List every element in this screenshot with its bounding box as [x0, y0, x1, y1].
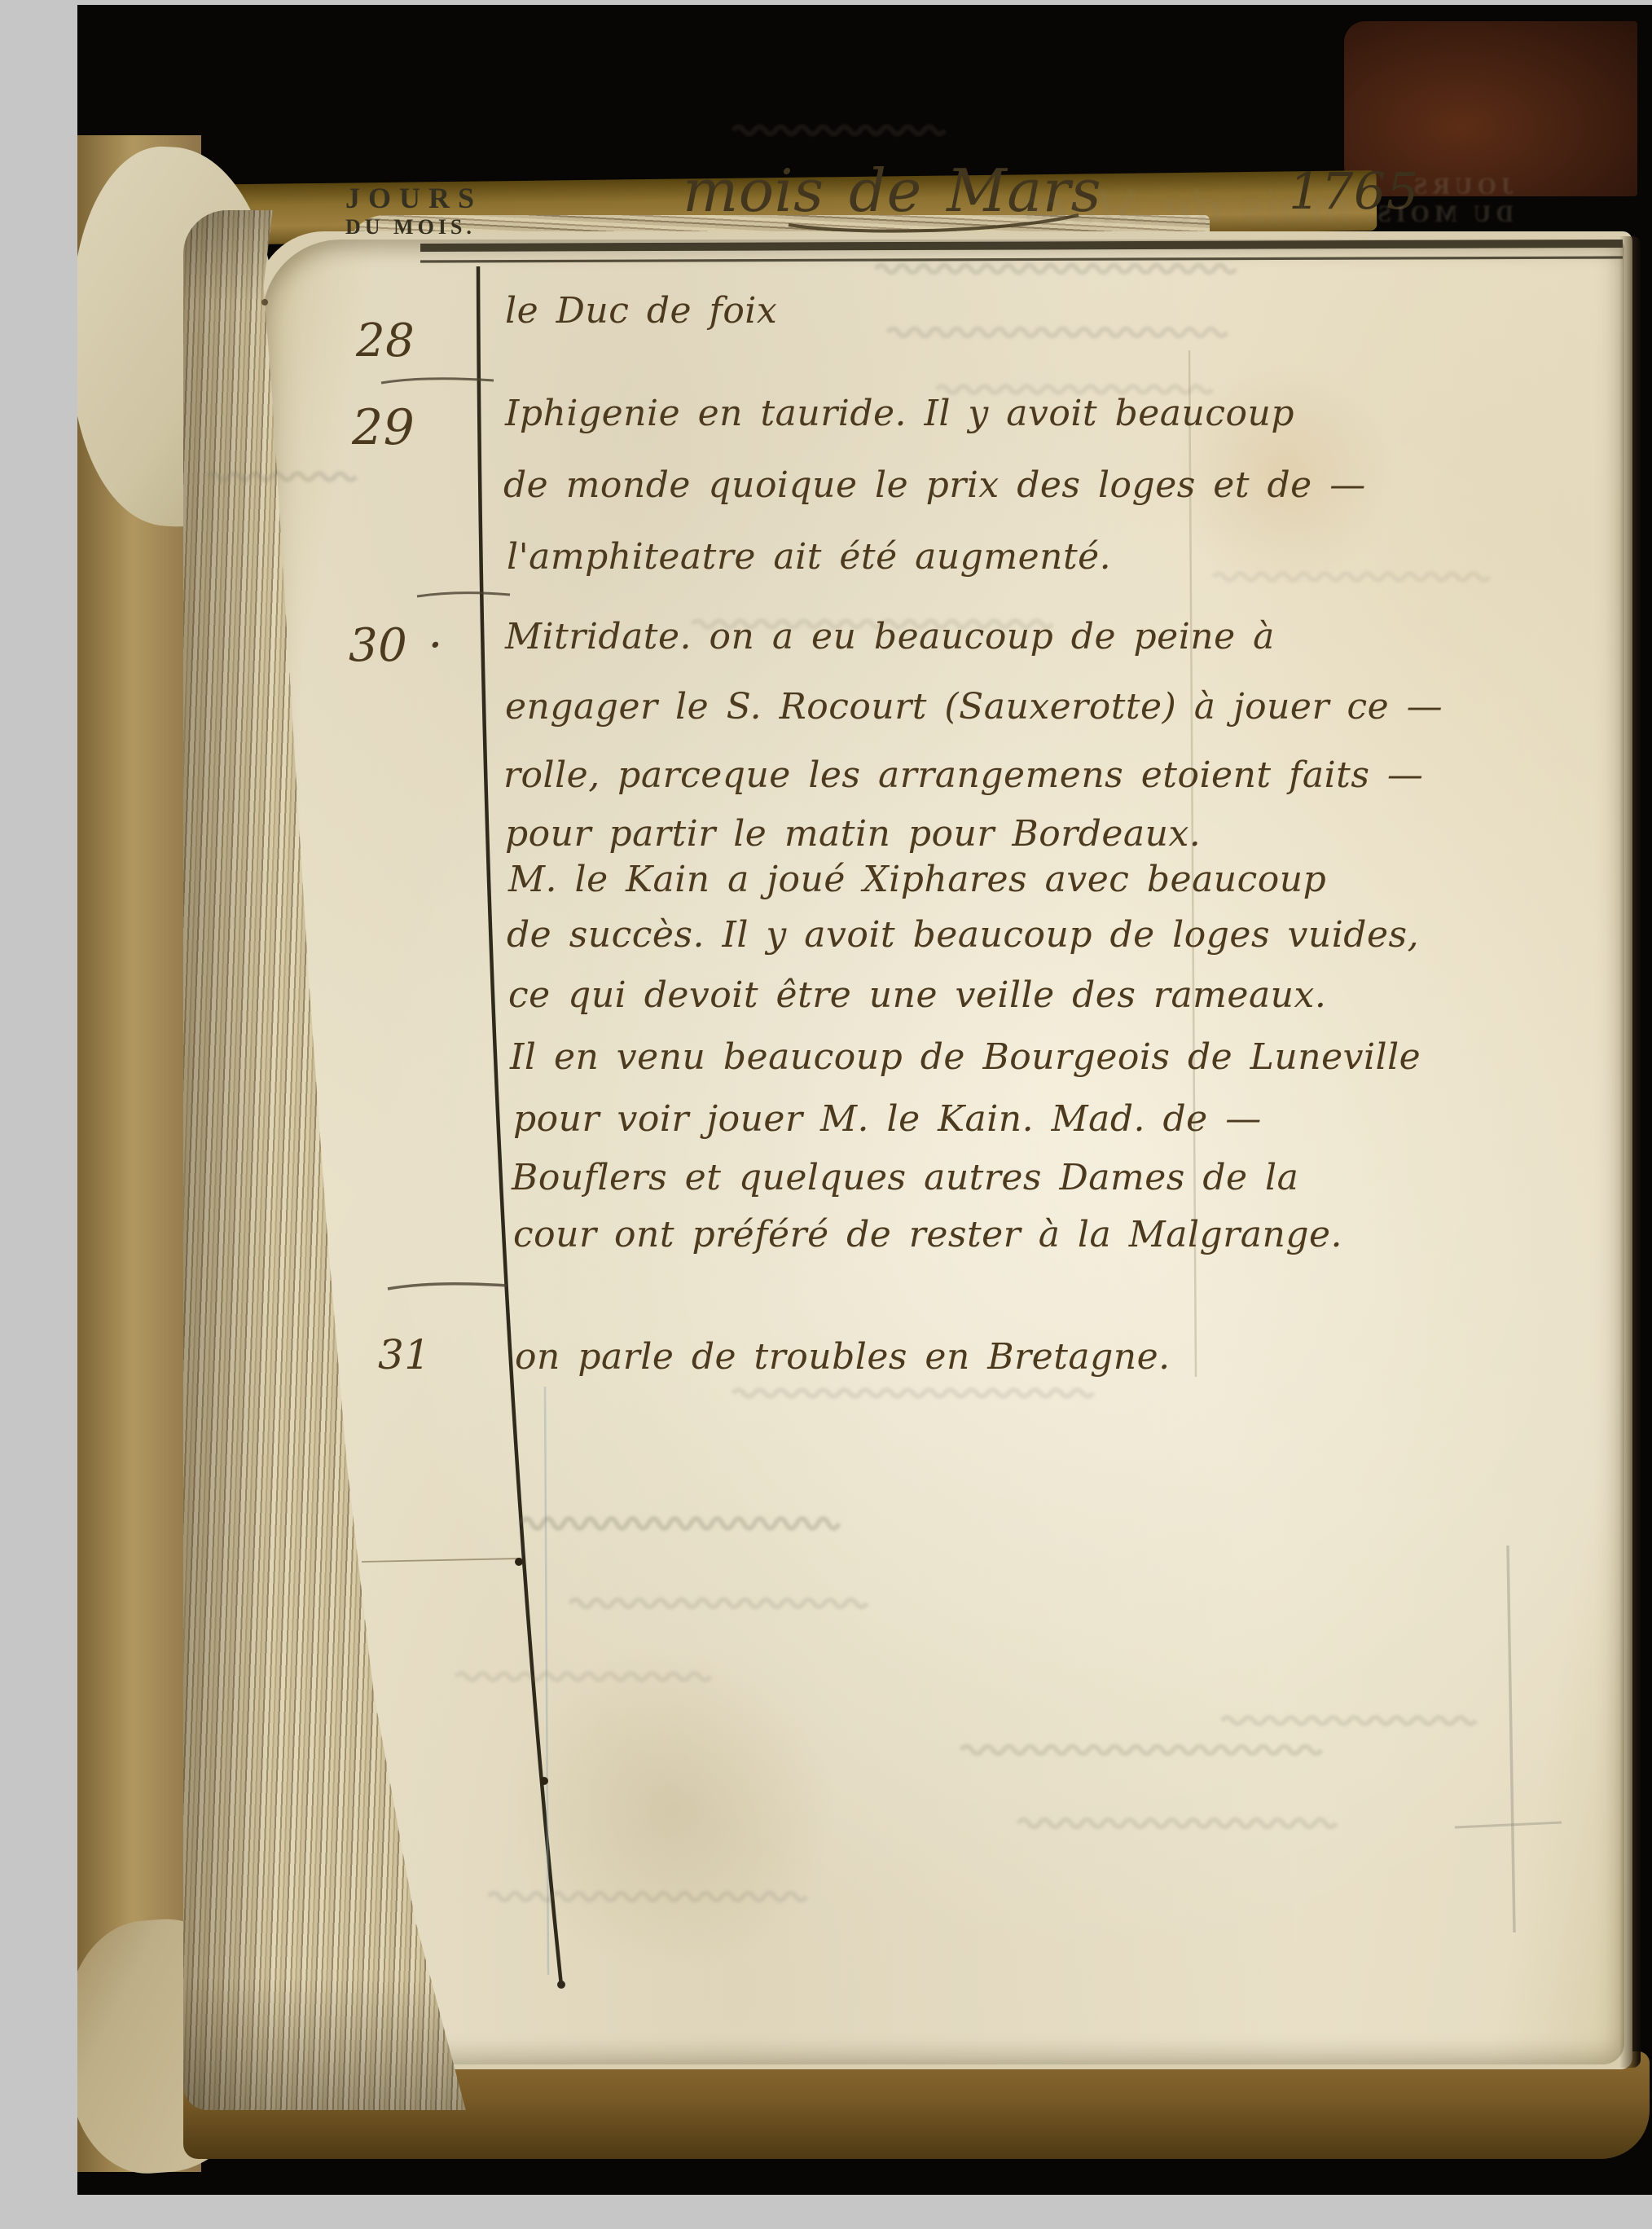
entry-line: Il en venu beaucoup de Bourgeois de Lune… — [510, 1036, 1421, 1078]
entry-line: Mitridate. on a eu beaucoup de peine à — [505, 616, 1275, 657]
days-column-header-line2: DU MOIS. — [345, 215, 476, 240]
manuscript-scan: { "document_type": "handwritten journal … — [0, 0, 1652, 2229]
entry-line: rolle, parceque les arrangemens etoient … — [503, 754, 1423, 796]
entry-line: M. le Kain a joué Xiphares avec beaucoup — [508, 859, 1326, 900]
entry-day-number: 28 — [356, 314, 415, 367]
entry-line: engager le S. Rocourt (Sauxerotte) à jou… — [505, 686, 1443, 728]
entry-line: ce qui devoit être une veille des rameau… — [508, 974, 1326, 1016]
bleed-days-line2: DU MOIS. — [1362, 200, 1514, 227]
bleed-days-line1: JOURS — [1409, 173, 1514, 200]
entry-line: cour ont préféré de rester à la Malgrang… — [513, 1214, 1342, 1255]
entry-line: on parle de troubles en Bretagne. — [515, 1336, 1171, 1378]
entry-line: l'amphiteatre ait été augmenté. — [507, 536, 1111, 578]
bleed-through-month-title: mois de Mars — [1022, 181, 1351, 234]
entry-line: pour partir le matin pour Bordeaux. — [505, 813, 1201, 855]
bleed-through-days-header: JOURS DU MOIS. — [1326, 173, 1514, 228]
entry-day-number: 31 — [378, 1331, 431, 1378]
page-content: JOURS DU MOIS. mois de Mars 1765 JOURS D… — [0, 0, 1652, 2229]
entry-line: pour voir jouer M. le Kain. Mad. de — — [513, 1098, 1262, 1140]
entry-day-number: 29 — [352, 399, 415, 456]
entry-line: Iphigenie en tauride. Il y avoit beaucou… — [505, 393, 1294, 434]
entry-line: Bouflers et quelques autres Dames de la — [512, 1157, 1298, 1198]
entry-line: le Duc de foix — [505, 290, 777, 332]
entry-day-number: 30 · — [349, 619, 443, 672]
entry-line: de monde quoique le prix des loges et de… — [503, 464, 1366, 506]
days-column-header-line1: JOURS — [345, 181, 482, 215]
entry-line: de succès. Il y avoit beaucoup de loges … — [507, 914, 1419, 956]
